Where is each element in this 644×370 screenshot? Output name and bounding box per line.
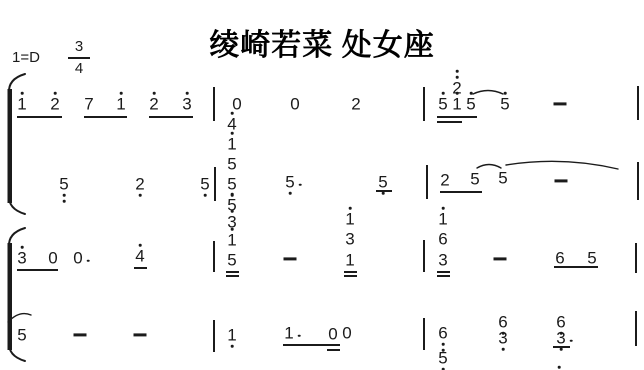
barline xyxy=(214,167,216,201)
octave-dot xyxy=(63,194,66,197)
time-signature-denominator: 4 xyxy=(67,61,91,77)
note-glyph: 1 xyxy=(345,252,354,269)
note-glyph: 5 xyxy=(587,250,596,267)
time-signature: 3 4 xyxy=(67,39,91,77)
note-glyph: 5 xyxy=(17,327,26,344)
octave-dot xyxy=(21,92,24,95)
note-glyph: 7 xyxy=(84,96,93,113)
note-glyph: 3 xyxy=(227,214,236,231)
note-glyph: 5 xyxy=(470,171,479,188)
tie-curve xyxy=(506,161,618,169)
note-glyph: 4 xyxy=(135,248,144,265)
note-glyph: 5 xyxy=(227,252,236,269)
note-glyph: 1 xyxy=(452,96,461,113)
beam-underline xyxy=(376,190,392,192)
note-glyph: 5 xyxy=(227,156,236,173)
note-glyph: 1 xyxy=(17,96,26,113)
time-signature-numerator: 3 xyxy=(67,39,91,55)
extend-dash xyxy=(555,179,568,182)
octave-dot xyxy=(456,76,459,79)
augmentation-dot xyxy=(87,259,90,262)
augmentation-dot xyxy=(298,334,301,337)
system-bracket-serif xyxy=(9,74,25,93)
octave-dot xyxy=(120,92,123,95)
extend-dash xyxy=(134,333,147,336)
beam-underline xyxy=(17,269,58,271)
note-glyph: 5 xyxy=(498,170,507,187)
octave-dot xyxy=(442,207,445,210)
system-bracket-serif xyxy=(9,228,25,247)
octave-dot xyxy=(63,200,66,203)
octave-dot xyxy=(289,192,292,195)
barline xyxy=(423,318,425,350)
beam-underline xyxy=(134,267,147,269)
barline xyxy=(637,162,639,200)
note-glyph: 2 xyxy=(452,80,461,97)
note-glyph: 1 xyxy=(227,232,236,249)
barline xyxy=(635,311,637,346)
octave-dot xyxy=(153,92,156,95)
note-glyph: 2 xyxy=(50,96,59,113)
song-title: 绫崎若菜 处女座 xyxy=(0,20,644,64)
beam-underline xyxy=(226,275,239,277)
octave-dot xyxy=(470,92,473,95)
beam-underline xyxy=(437,275,450,277)
tie-curve xyxy=(477,165,501,169)
note-glyph: 3 xyxy=(345,231,354,248)
octave-dot xyxy=(231,112,234,115)
beam-underline xyxy=(440,191,482,193)
note-glyph: 3 xyxy=(438,252,447,269)
octave-dot xyxy=(442,343,445,346)
note-glyph: 3 xyxy=(182,96,191,113)
note-glyph: 2 xyxy=(351,96,360,113)
tie-curve xyxy=(473,91,503,95)
note-glyph: 5 xyxy=(438,96,447,113)
beam-underline xyxy=(344,275,357,277)
octave-dot xyxy=(54,92,57,95)
note-glyph: 3 xyxy=(556,330,565,347)
note-glyph: 3 xyxy=(17,250,26,267)
note-glyph: 1 xyxy=(438,211,447,228)
beam-underline xyxy=(553,346,570,348)
note-glyph: 0 xyxy=(328,326,337,343)
beam-underline xyxy=(283,344,340,346)
beam-underline xyxy=(17,116,62,118)
barline xyxy=(635,243,637,273)
note-glyph: 6 xyxy=(438,325,447,342)
sheet-music-page: 绫崎若菜 处女座 1=D 3 4 12712300251255525551455… xyxy=(0,0,644,370)
key-signature: 1=D xyxy=(12,49,40,66)
note-glyph: 6 xyxy=(555,250,564,267)
extend-dash xyxy=(74,333,87,336)
octave-dot xyxy=(204,194,207,197)
augmentation-dot xyxy=(570,339,573,342)
note-glyph: 1 xyxy=(116,96,125,113)
note-glyph: 2 xyxy=(149,96,158,113)
beam-underline xyxy=(327,349,340,351)
barline xyxy=(423,240,425,272)
system-bracket-serif xyxy=(9,195,25,214)
beam-underline xyxy=(554,266,598,268)
octave-dot xyxy=(139,244,142,247)
note-glyph: 0 xyxy=(48,250,57,267)
beam-underline xyxy=(226,271,239,273)
barline xyxy=(213,87,215,121)
octave-dot xyxy=(21,246,24,249)
system-bracket-serif xyxy=(9,342,25,361)
note-glyph: 1 xyxy=(345,211,354,228)
note-glyph: 1 xyxy=(227,327,236,344)
extend-dash xyxy=(284,257,297,260)
octave-dot xyxy=(456,70,459,73)
beam-underline xyxy=(149,116,193,118)
barline xyxy=(213,320,215,352)
note-glyph: 5 xyxy=(438,350,447,367)
beam-underline xyxy=(84,116,127,118)
note-glyph: 5 xyxy=(466,96,475,113)
octave-dot xyxy=(382,192,385,195)
beam-underline xyxy=(437,121,462,123)
octave-dot xyxy=(558,366,561,369)
extend-dash xyxy=(494,257,507,260)
tie-curve xyxy=(8,314,31,322)
extend-dash xyxy=(554,102,567,105)
system-bracket xyxy=(8,243,13,350)
note-glyph: 2 xyxy=(440,172,449,189)
note-glyph: 5 xyxy=(59,176,68,193)
note-glyph: 5 xyxy=(378,174,387,191)
barline xyxy=(637,86,639,120)
note-glyph: 5 xyxy=(227,176,236,193)
octave-dot xyxy=(349,207,352,210)
octave-dot xyxy=(186,92,189,95)
note-glyph: 1 xyxy=(284,325,293,342)
augmentation-dot xyxy=(299,183,302,186)
beam-underline xyxy=(344,271,357,273)
note-glyph: 0 xyxy=(290,96,299,113)
octave-dot xyxy=(139,194,142,197)
note-glyph: 3 xyxy=(498,330,507,347)
note-glyph: 5 xyxy=(227,197,236,214)
note-glyph: 5 xyxy=(500,96,509,113)
note-glyph: 0 xyxy=(232,96,241,113)
note-glyph: 4 xyxy=(227,116,236,133)
barline xyxy=(213,241,215,272)
note-glyph: 5 xyxy=(285,174,294,191)
octave-dot xyxy=(231,345,234,348)
octave-dot xyxy=(504,92,507,95)
octave-dot xyxy=(502,348,505,351)
note-glyph: 1 xyxy=(227,136,236,153)
note-glyph: 6 xyxy=(438,231,447,248)
note-glyph: 0 xyxy=(342,325,351,342)
system-bracket xyxy=(8,89,13,203)
time-signature-fraction-bar xyxy=(68,57,90,59)
octave-dot xyxy=(231,193,234,196)
note-glyph: 5 xyxy=(200,176,209,193)
barline xyxy=(423,87,425,121)
beam-underline xyxy=(437,116,477,118)
beam-underline xyxy=(437,271,450,273)
barline xyxy=(426,165,428,199)
note-glyph: 2 xyxy=(135,176,144,193)
octave-dot xyxy=(442,92,445,95)
note-glyph: 0 xyxy=(73,250,82,267)
octave-dot xyxy=(560,348,563,351)
